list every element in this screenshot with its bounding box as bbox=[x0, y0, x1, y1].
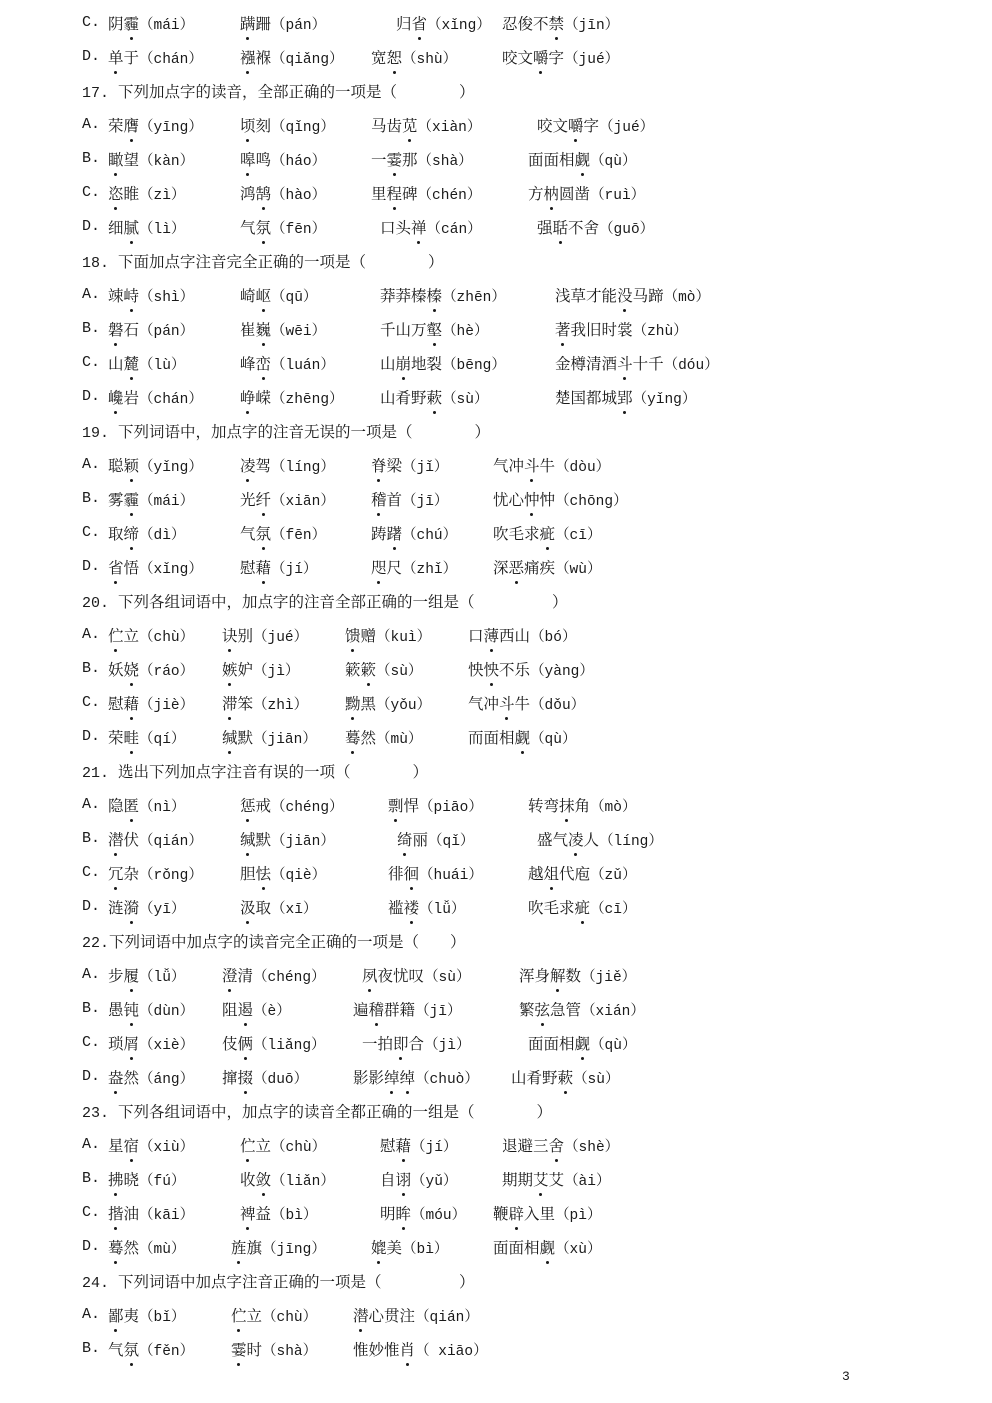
character: 惟 bbox=[353, 1338, 369, 1360]
pinyin-annotation: （jì） bbox=[424, 1038, 470, 1054]
option-item: 鸿鹄（hào） bbox=[240, 182, 326, 204]
character: 急 bbox=[550, 998, 566, 1020]
pinyin-annotation: （chuò） bbox=[415, 1072, 479, 1088]
option-item: 光纤（xiān） bbox=[240, 488, 335, 510]
dotted-character: 霾 bbox=[124, 12, 140, 34]
pinyin-annotation: （piāo） bbox=[419, 800, 483, 816]
character: 忡 bbox=[540, 488, 556, 510]
word-term: 星宿 bbox=[108, 1137, 139, 1155]
dotted-character: 徊 bbox=[404, 862, 420, 884]
option-item: 荣畦（qí） bbox=[108, 726, 185, 748]
word-term: 黝黑 bbox=[345, 695, 376, 713]
option-line: C.山麓（lù）峰峦（luán）山崩地裂（bēng）金樽清酒斗十千（dóu） bbox=[0, 346, 992, 380]
option-line: A.聪颖（yǐng）凌驾（líng）脊梁（jǐ）气冲斗牛（dòu） bbox=[0, 448, 992, 482]
word-term: 揩油 bbox=[108, 1205, 139, 1223]
word-term: 阴霾 bbox=[108, 15, 139, 33]
pinyin-annotation: （zì） bbox=[139, 188, 185, 204]
option-line: B.雾霾（mái）光纤（xiān）稽首（jī）忧心忡忡（chōng） bbox=[0, 482, 992, 516]
pinyin-annotation: （zǔ） bbox=[590, 868, 636, 884]
pinyin-annotation: （hào） bbox=[271, 188, 326, 204]
word-term: 荣膺 bbox=[108, 117, 139, 135]
option-item: 嗥鸣（háo） bbox=[240, 148, 326, 170]
option-item: 步履（lǚ） bbox=[108, 964, 185, 986]
character: 鸣 bbox=[256, 148, 272, 170]
pinyin-annotation: （kāi） bbox=[139, 1208, 194, 1224]
pinyin-annotation: （jí） bbox=[411, 1140, 457, 1156]
dotted-character: 薄 bbox=[484, 624, 500, 646]
option-label: A. bbox=[82, 796, 100, 813]
pinyin-annotation: （jiān） bbox=[271, 834, 335, 850]
option-item: 而面相觑（qù） bbox=[468, 726, 576, 748]
option-item: 涟漪（yī） bbox=[108, 896, 185, 918]
option-line: B.愚钝（dùn）阻遏（è）遍稽群籍（jī）繁弦急管（xián） bbox=[0, 992, 992, 1026]
word-term: 慰藉 bbox=[108, 695, 139, 713]
pinyin-annotation: （liǎng） bbox=[253, 1038, 326, 1054]
character: 忧 bbox=[493, 488, 509, 510]
word-term: 千山万壑 bbox=[380, 321, 442, 339]
character: 立 bbox=[124, 624, 140, 646]
character: 注 bbox=[400, 1304, 416, 1326]
dotted-character: 单 bbox=[108, 46, 124, 68]
word-term: 马齿苋 bbox=[371, 117, 418, 135]
dotted-character: 蔌 bbox=[558, 1066, 574, 1088]
character: 然 bbox=[124, 1066, 140, 1088]
option-item: 汲取（xī） bbox=[240, 896, 317, 918]
character: 管 bbox=[566, 998, 582, 1020]
character: 贯 bbox=[384, 1304, 400, 1326]
character: 才 bbox=[586, 284, 602, 306]
option-item: 伫立（chù） bbox=[108, 624, 194, 646]
character: 裳 bbox=[617, 318, 633, 340]
question-line: 17. 下列加点字的读音，全部正确的一项是（ ） bbox=[0, 74, 992, 108]
option-label: A. bbox=[82, 966, 100, 983]
character: 圆 bbox=[559, 182, 575, 204]
dotted-character: 怏 bbox=[484, 658, 500, 680]
character: 凿 bbox=[575, 182, 591, 204]
character: 峰 bbox=[240, 352, 256, 374]
option-item: 千山万壑（hè） bbox=[380, 318, 488, 340]
option-line: D.荣畦（qí）缄默（jiān）蓦然（mù）而面相觑（qù） bbox=[0, 720, 992, 754]
dotted-character: 稽 bbox=[371, 488, 387, 510]
dotted-character: 凌 bbox=[568, 828, 584, 850]
character: 毛 bbox=[544, 896, 560, 918]
option-item: 著我旧时裳（zhù） bbox=[555, 318, 688, 340]
character: 叹 bbox=[409, 964, 425, 986]
character: 悟 bbox=[124, 556, 140, 578]
word-term: 归省 bbox=[396, 15, 427, 33]
option-label: C. bbox=[82, 354, 100, 371]
character: 竦 bbox=[108, 284, 124, 306]
character: 黑 bbox=[361, 692, 377, 714]
character: 刻 bbox=[256, 114, 272, 136]
character: 越 bbox=[528, 862, 544, 884]
pinyin-annotation: （yǔ） bbox=[411, 1174, 457, 1190]
option-item: 缄默（jiān） bbox=[240, 828, 335, 850]
pinyin-annotation: （fēn） bbox=[271, 222, 326, 238]
word-term: 崎岖 bbox=[240, 287, 271, 305]
option-item: 咫尺（zhǐ） bbox=[371, 556, 457, 578]
dotted-character: 匿 bbox=[124, 794, 140, 816]
question-number: 24. bbox=[82, 1275, 118, 1292]
option-item: 褴褛（lǚ） bbox=[388, 896, 465, 918]
word-term: 澄清 bbox=[222, 967, 253, 985]
dotted-character: 解 bbox=[550, 964, 566, 986]
character: 避 bbox=[518, 1134, 534, 1156]
dotted-character: 褛 bbox=[404, 896, 420, 918]
character: 字 bbox=[549, 46, 565, 68]
pinyin-annotation: （qiǎng） bbox=[271, 52, 344, 68]
character: 碑 bbox=[402, 182, 418, 204]
word-term: 霎时 bbox=[231, 1341, 262, 1359]
question-line: 23. 下列各组词语中，加点字的读音全都正确的一组是（ ） bbox=[0, 1094, 992, 1128]
word-term: 咬文嚼字 bbox=[537, 117, 599, 135]
character: 求 bbox=[524, 522, 540, 544]
character: 裂 bbox=[427, 352, 443, 374]
character: 立 bbox=[256, 1134, 272, 1156]
option-item: 竦峙（shì） bbox=[108, 284, 194, 306]
word-term: 缄默 bbox=[222, 729, 253, 747]
character: 笨 bbox=[238, 692, 254, 714]
option-line: C.阴霾（mái）蹒跚（pán）归省（xǐng）忍俊不禁（jīn） bbox=[0, 6, 992, 40]
character: 慰 bbox=[108, 692, 124, 714]
question-text: 19. 下列词语中，加点字的注音无误的一项是（ ） bbox=[82, 420, 490, 442]
character: 莽 bbox=[396, 284, 412, 306]
word-term: 崔巍 bbox=[240, 321, 271, 339]
character: 忍 bbox=[502, 12, 518, 34]
word-term: 强聒不舍 bbox=[537, 219, 599, 237]
character: 气 bbox=[108, 1338, 124, 1360]
character: 崎 bbox=[240, 284, 256, 306]
pinyin-annotation: （ài） bbox=[564, 1174, 610, 1190]
dotted-character: 拂 bbox=[108, 1168, 124, 1190]
character: 而 bbox=[468, 726, 484, 748]
character: 马 bbox=[633, 284, 649, 306]
dotted-character: 疵 bbox=[540, 522, 556, 544]
option-label: A. bbox=[82, 116, 100, 133]
character: 杂 bbox=[124, 862, 140, 884]
option-item: 马齿苋（xiàn） bbox=[371, 114, 481, 136]
character: 旧 bbox=[586, 318, 602, 340]
option-label: D. bbox=[82, 1068, 100, 1085]
dotted-character: 掇 bbox=[238, 1066, 254, 1088]
question-stem: 下列词语中，加点字的注音无误的一项是（ ） bbox=[118, 423, 490, 441]
character: 冲 bbox=[509, 454, 525, 476]
word-term: 口薄西山 bbox=[468, 627, 530, 645]
option-item: 省悟（xǐng） bbox=[108, 556, 203, 578]
dotted-character: 磐 bbox=[108, 318, 124, 340]
character: 心 bbox=[369, 1304, 385, 1326]
character: 那 bbox=[402, 148, 418, 170]
dotted-character: 氛 bbox=[256, 522, 272, 544]
option-label: A. bbox=[82, 286, 100, 303]
question-stem: 选出下列加点字注音有误的一项（ ） bbox=[118, 763, 428, 781]
character: 我 bbox=[571, 318, 587, 340]
word-term: 妖娆 bbox=[108, 661, 139, 679]
dotted-character: 恕 bbox=[387, 46, 403, 68]
option-label: A. bbox=[82, 1306, 100, 1323]
character: 阻 bbox=[222, 998, 238, 1020]
character: 不 bbox=[499, 658, 515, 680]
character: 城 bbox=[602, 386, 618, 408]
character: 驾 bbox=[256, 454, 272, 476]
option-label: A. bbox=[82, 626, 100, 643]
option-line: A.步履（lǚ）澄清（chéng）夙夜忧叹（sù）浑身解数（jiě） bbox=[0, 958, 992, 992]
character: 莽 bbox=[380, 284, 396, 306]
pinyin-annotation: （mái） bbox=[139, 18, 194, 34]
pinyin-annotation: （bēng） bbox=[442, 358, 506, 374]
character: 首 bbox=[387, 488, 403, 510]
option-item: 方枘圆凿（ruì） bbox=[528, 182, 645, 204]
question-stem: 下列各组词语中，加点字的读音全都正确的一组是（ ） bbox=[118, 1103, 552, 1121]
option-item: 阻遏（è） bbox=[222, 998, 291, 1020]
option-item: 霎时（shà） bbox=[231, 1338, 317, 1360]
option-item: 慰藉（jí） bbox=[380, 1134, 457, 1156]
character: 星 bbox=[108, 1134, 124, 1156]
pinyin-annotation: （qiè） bbox=[271, 868, 326, 884]
dotted-character: 聒 bbox=[553, 216, 569, 238]
word-term: 而面相觑 bbox=[468, 729, 530, 747]
word-term: 自诩 bbox=[380, 1171, 411, 1189]
character: 千 bbox=[648, 352, 664, 374]
option-item: 绮丽（qǐ） bbox=[397, 828, 474, 850]
character: 一 bbox=[371, 148, 387, 170]
dotted-character: 舍 bbox=[549, 1134, 565, 1156]
option-item: 气冲斗牛（dǒu） bbox=[468, 692, 585, 714]
character: 清 bbox=[586, 352, 602, 374]
option-item: 细腻（lì） bbox=[108, 216, 185, 238]
pinyin-annotation: （ruì） bbox=[590, 188, 645, 204]
option-item: 面面相觑（qù） bbox=[528, 1032, 636, 1054]
option-item: 峰峦（luán） bbox=[240, 352, 335, 374]
option-label: A. bbox=[82, 456, 100, 473]
word-term: 省悟 bbox=[108, 559, 139, 577]
dotted-character: 艾 bbox=[533, 1168, 549, 1190]
word-term: 阻遏 bbox=[222, 1001, 253, 1019]
word-term: 伫立 bbox=[231, 1307, 262, 1325]
character: 文 bbox=[553, 114, 569, 136]
dotted-character: 躇 bbox=[387, 522, 403, 544]
option-item: 澄清（chéng） bbox=[222, 964, 326, 986]
character: 强 bbox=[537, 216, 553, 238]
option-item: 凌驾（líng） bbox=[240, 454, 335, 476]
option-label: B. bbox=[82, 660, 100, 677]
word-term: 徘徊 bbox=[388, 865, 419, 883]
word-term: 脊梁 bbox=[371, 457, 402, 475]
option-line: B.瞰望（kàn）嗥鸣（háo）一霎那（shà）面面相觑（qù） bbox=[0, 142, 992, 176]
character: 繁 bbox=[519, 998, 535, 1020]
dotted-character: 麓 bbox=[124, 352, 140, 374]
option-label: B. bbox=[82, 150, 100, 167]
word-term: 竦峙 bbox=[108, 287, 139, 305]
pinyin-annotation: （cī） bbox=[590, 902, 636, 918]
dotted-character: 没 bbox=[617, 284, 633, 306]
character: 自 bbox=[380, 1168, 396, 1190]
pinyin-annotation: （zhù） bbox=[633, 324, 688, 340]
character: 别 bbox=[238, 624, 254, 646]
option-item: 撺掇（duō） bbox=[222, 1066, 308, 1088]
character: 庖 bbox=[575, 862, 591, 884]
pinyin-annotation: （chán） bbox=[139, 52, 203, 68]
character: 益 bbox=[256, 1202, 272, 1224]
character: 期 bbox=[518, 1168, 534, 1190]
dotted-character: 襁 bbox=[240, 46, 256, 68]
word-term: 胆怯 bbox=[240, 865, 271, 883]
option-label: C. bbox=[82, 1034, 100, 1051]
dotted-character: 脊 bbox=[371, 454, 387, 476]
option-item: 深恶痛疾（wù） bbox=[493, 556, 601, 578]
dotted-character: 纤 bbox=[256, 488, 272, 510]
word-term: 巉岩 bbox=[108, 389, 139, 407]
option-line: D.细腻（lì）气氛（fēn）口头禅（cán）强聒不舍（guō） bbox=[0, 210, 992, 244]
option-item: 面面相觑（xù） bbox=[493, 1236, 601, 1258]
pinyin-annotation: （qù） bbox=[530, 732, 576, 748]
character: 取 bbox=[108, 522, 124, 544]
dotted-character: 夙 bbox=[362, 964, 378, 986]
question-line: 18. 下面加点字注音完全正确的一项是（ ） bbox=[0, 244, 992, 278]
dotted-character: 蓦 bbox=[345, 726, 361, 748]
option-item: 旌旗（jīng） bbox=[231, 1236, 326, 1258]
option-item: 磐石（pán） bbox=[108, 318, 194, 340]
word-term: 汲取 bbox=[240, 899, 271, 917]
word-term: 气氛 bbox=[108, 1341, 139, 1359]
character: 蹄 bbox=[648, 284, 664, 306]
pinyin-annotation: （háo） bbox=[271, 154, 326, 170]
pinyin-annotation: （xiè） bbox=[139, 1038, 194, 1054]
character: 野 bbox=[411, 386, 427, 408]
dotted-character: 辟 bbox=[509, 1202, 525, 1224]
option-label: B. bbox=[82, 1340, 100, 1357]
option-item: 慰藉（jiè） bbox=[108, 692, 194, 714]
pinyin-annotation: （jīng） bbox=[262, 1242, 326, 1258]
word-term: 方枘圆凿 bbox=[528, 185, 590, 203]
character: 方 bbox=[528, 182, 544, 204]
character: 丽 bbox=[413, 828, 429, 850]
character: 期 bbox=[502, 1168, 518, 1190]
option-line: D.蓦然（mù）旌旗（jīng）媲美（bì）面面相觑（xù） bbox=[0, 1230, 992, 1264]
dotted-character: 俎 bbox=[544, 862, 560, 884]
character: 望 bbox=[124, 148, 140, 170]
dotted-character: 肖 bbox=[400, 1338, 416, 1360]
pinyin-annotation: （pán） bbox=[139, 324, 194, 340]
option-item: 山肴野蔌（sù） bbox=[380, 386, 488, 408]
dotted-character: 弦 bbox=[535, 998, 551, 1020]
question-text: 20. 下列各组词语中，加点字的注音全部正确的一组是（ ） bbox=[82, 590, 568, 612]
dotted-character: 媲 bbox=[371, 1236, 387, 1258]
option-item: 蹒跚（pán） bbox=[240, 12, 326, 34]
word-term: 隐匿 bbox=[108, 797, 139, 815]
character: 国 bbox=[571, 386, 587, 408]
character: 簌 bbox=[345, 658, 361, 680]
character: 肴 bbox=[527, 1066, 543, 1088]
dotted-character: 绮 bbox=[397, 828, 413, 850]
character: 面 bbox=[484, 726, 500, 748]
dotted-character: 氛 bbox=[124, 1338, 140, 1360]
option-item: 气冲斗牛（dòu） bbox=[493, 454, 610, 476]
character: 默 bbox=[256, 828, 272, 850]
option-label: D. bbox=[82, 1238, 100, 1255]
pinyin-annotation: （yǐng） bbox=[139, 460, 203, 476]
option-line: D.盎然（áng）撺掇（duō）影影绰绰（chuò）山肴野蔌（sù） bbox=[0, 1060, 992, 1094]
word-term: 伫立 bbox=[108, 627, 139, 645]
option-label: B. bbox=[82, 830, 100, 847]
pinyin-annotation: （mù） bbox=[139, 1242, 185, 1258]
pinyin-annotation: （ xiāo） bbox=[415, 1344, 488, 1360]
character: 疾 bbox=[540, 556, 556, 578]
option-item: 琐屑（xiè） bbox=[108, 1032, 194, 1054]
option-item: 金樽清酒斗十千（dóu） bbox=[555, 352, 719, 374]
option-item: 隐匿（nì） bbox=[108, 794, 185, 816]
character: 马 bbox=[371, 114, 387, 136]
pinyin-annotation: （jī） bbox=[402, 494, 448, 510]
pinyin-annotation: （bì） bbox=[402, 1242, 448, 1258]
character: 悍 bbox=[404, 794, 420, 816]
dotted-character: 省 bbox=[108, 556, 124, 578]
word-term: 媲美 bbox=[371, 1239, 402, 1257]
character: 光 bbox=[240, 488, 256, 510]
character: 夜 bbox=[378, 964, 394, 986]
character: 角 bbox=[575, 794, 591, 816]
option-item: 吹毛求疵（cī） bbox=[528, 896, 636, 918]
character: 能 bbox=[602, 284, 618, 306]
pinyin-annotation: （xī） bbox=[271, 902, 317, 918]
character: 山 bbox=[108, 352, 124, 374]
character: 金 bbox=[555, 352, 571, 374]
character: 不 bbox=[533, 12, 549, 34]
page-number: 3 bbox=[842, 1369, 850, 1384]
character: 石 bbox=[124, 318, 140, 340]
dotted-character: 觑 bbox=[515, 726, 531, 748]
character: 步 bbox=[108, 964, 124, 986]
character: 鸿 bbox=[240, 182, 256, 204]
character: 面 bbox=[493, 1236, 509, 1258]
option-item: 聪颖（yǐng） bbox=[108, 454, 203, 476]
character: 入 bbox=[524, 1202, 540, 1224]
dotted-character: 旌 bbox=[231, 1236, 247, 1258]
character: 浅 bbox=[555, 284, 571, 306]
pinyin-annotation: （shà） bbox=[418, 154, 473, 170]
pinyin-annotation: （shù） bbox=[402, 52, 457, 68]
word-term: 磐石 bbox=[108, 321, 139, 339]
pinyin-annotation: （pì） bbox=[555, 1208, 601, 1224]
pinyin-annotation: （xiù） bbox=[139, 1140, 194, 1156]
pinyin-annotation: （xiān） bbox=[271, 494, 335, 510]
character: 夷 bbox=[124, 1304, 140, 1326]
option-item: 愚钝（dùn） bbox=[108, 998, 194, 1020]
option-item: 宽恕（shù） bbox=[371, 46, 457, 68]
option-item: 诀别（jué） bbox=[222, 624, 308, 646]
word-term: 山麓 bbox=[108, 355, 139, 373]
option-item: 口头禅（cán） bbox=[380, 216, 482, 238]
character: 隐 bbox=[108, 794, 124, 816]
option-item: 楚国都城郢（yǐng） bbox=[555, 386, 696, 408]
character: 立 bbox=[247, 1304, 263, 1326]
word-term: 涟漪 bbox=[108, 899, 139, 917]
character: 聪 bbox=[108, 454, 124, 476]
word-term: 嫉妒 bbox=[222, 661, 253, 679]
pinyin-annotation: （fēn） bbox=[271, 528, 326, 544]
character: 字 bbox=[584, 114, 600, 136]
option-item: 山崩地裂（bēng） bbox=[380, 352, 506, 374]
character: 舍 bbox=[584, 216, 600, 238]
option-item: 忧心忡忡（chōng） bbox=[493, 488, 628, 510]
option-item: 气氛（fēn） bbox=[240, 522, 326, 544]
character: 妖 bbox=[108, 658, 124, 680]
option-label: C. bbox=[82, 14, 100, 31]
character: 咬 bbox=[502, 46, 518, 68]
pinyin-annotation: （dóu） bbox=[664, 358, 719, 374]
character: 归 bbox=[396, 12, 412, 34]
option-line: A.星宿（xiù）伫立（chù）慰藉（jí）退避三舍（shè） bbox=[0, 1128, 992, 1162]
